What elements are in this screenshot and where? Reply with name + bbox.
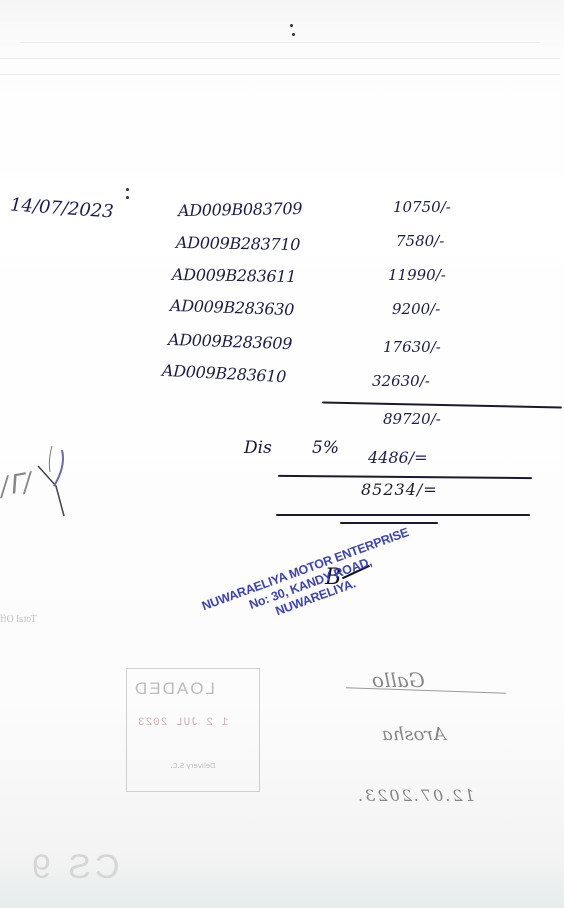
mirrored-signature: Gallo (372, 668, 425, 692)
ink-dot (290, 24, 293, 27)
loaded-stamp-bleed: LOADED 1 2 JUL 2023 Delivery S.C. (126, 668, 260, 792)
invoice-amount: 17630/- (383, 338, 441, 356)
faint-line (20, 42, 540, 43)
faint-line (0, 74, 560, 75)
subtotal-amount: 89720/- (383, 410, 441, 428)
faint-line (0, 58, 560, 59)
invoice-amount: 9200/- (392, 300, 440, 318)
invoice-number: AD009B283611 (172, 265, 296, 286)
mirrored-name: Arosha (382, 724, 446, 745)
mirrored-date: 12.07.2023. (356, 786, 475, 805)
ink-dot (292, 33, 295, 36)
discount-label: Dis (244, 438, 272, 458)
scanned-page (0, 0, 564, 908)
invoice-amount: 32630/- (372, 372, 430, 390)
bottom-bleed-text: CS 9 (28, 848, 120, 887)
loaded-stamp-title: LOADED (133, 679, 215, 699)
invoice-amount: 11990/- (388, 266, 446, 284)
cross-mark (36, 446, 66, 536)
discount-amount: 4486/= (368, 448, 428, 467)
invoice-amount: 10750/- (393, 198, 451, 216)
discount-percent: 5% (312, 438, 339, 458)
invoice-amount: 7580/- (396, 232, 444, 250)
loaded-stamp-footer: Delivery S.C. (133, 761, 253, 771)
loaded-stamp-date: 1 2 JUL 2023 (137, 717, 228, 729)
invoice-number: AD009B083709 (178, 199, 302, 220)
net-total-double-rule (340, 522, 438, 524)
net-total-rule (276, 514, 530, 516)
ink-dot (126, 196, 129, 199)
scribble-mark: /ᒥ/ (0, 467, 34, 502)
ink-dot (126, 188, 129, 191)
net-total-amount: 85234/= (361, 480, 438, 499)
invoice-number: AD009B283710 (176, 233, 300, 254)
bleed-text: Total Off (0, 614, 37, 625)
